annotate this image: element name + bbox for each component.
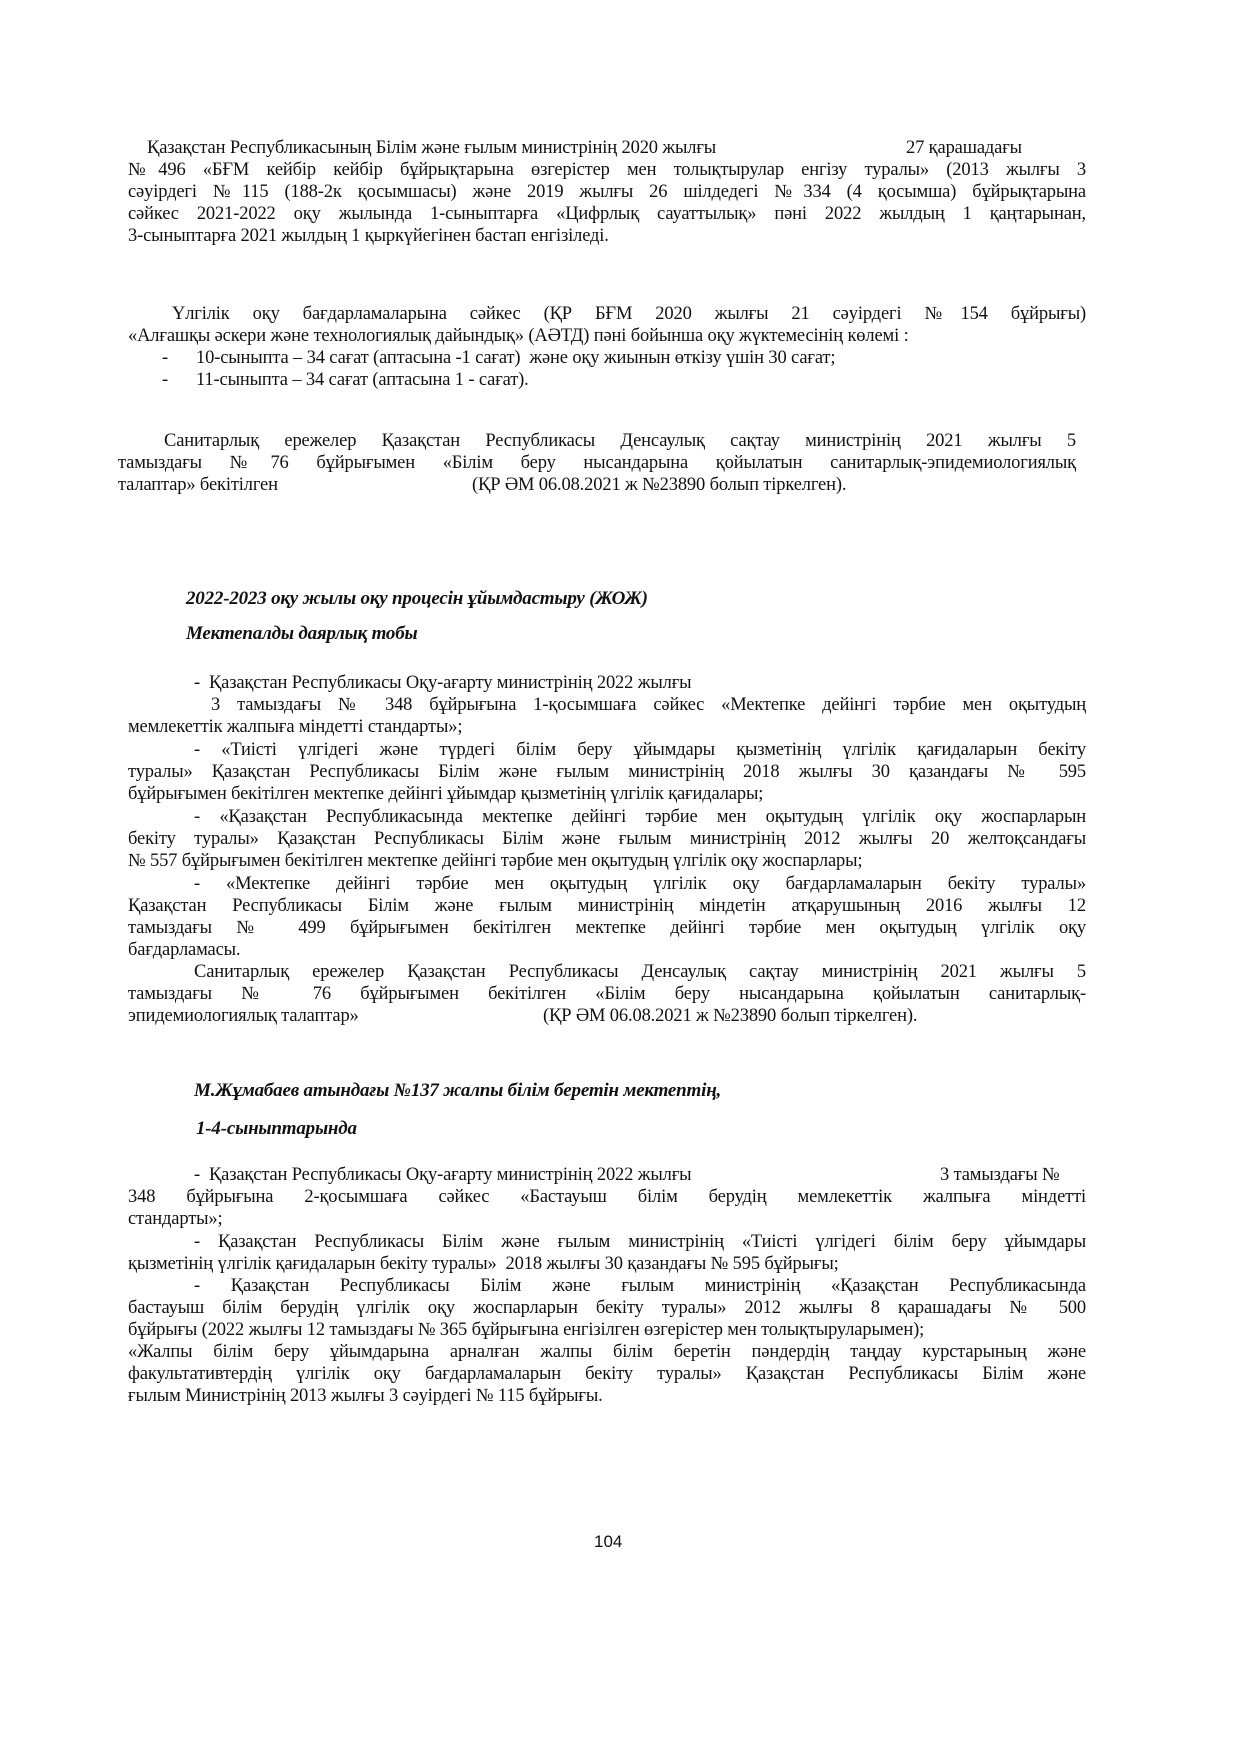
- text-line: Қазақстан Республикасының Білім және ғыл…: [147, 137, 716, 159]
- text-line: - «Тиісті үлгідегі және түрдегі білім бе…: [194, 739, 1086, 761]
- text-line: № 557 бұйрығымен бекітілген мектепке дей…: [128, 850, 862, 872]
- text-line: Санитарлық ережелер Қазақстан Республика…: [194, 961, 1086, 983]
- text-line: 3 тамыздағы №: [940, 1164, 1059, 1186]
- list-item-text: 11-сыныпта – 34 сағат (аптасына 1 - саға…: [196, 369, 529, 391]
- text-line: «Алғашқы әскери және технологиялық дайын…: [128, 325, 909, 347]
- text-line: - Қазақстан Республикасы Оқу-ағарту мини…: [194, 672, 691, 694]
- text-line: эпидемиологиялық талаптар»: [128, 1005, 359, 1027]
- preschool-heading: Мектепалды даярлық тобы: [186, 623, 417, 645]
- text-line: тамыздағы № 499 бұйрығымен бекітілген ме…: [128, 917, 1086, 939]
- text-line: сәуірдегі №115 (188-2к қосымшасы) және 2…: [128, 181, 1086, 203]
- text-line: сәйкес 2021-2022 оқу жылында 1-сыныптарғ…: [128, 203, 1086, 225]
- text-line: - Қазақстан Республикасы Білім және ғылы…: [194, 1275, 1086, 1297]
- text-line: - «Мектепке дейінгі тәрбие мен оқытудың …: [194, 873, 1086, 895]
- text-line: №496 «БҒМ кейбір кейбір бұйрықтарына өзг…: [128, 159, 1086, 181]
- text-line: Үлгілік оқу бағдарламаларына сәйкес (ҚР …: [172, 303, 1086, 325]
- text-line: бағдарламасы.: [128, 939, 240, 961]
- text-line: - «Қазақстан Республикасында мектепке де…: [194, 806, 1086, 828]
- text-line: (ҚР ӘМ 06.08.2021 ж №23890 болып тіркелг…: [472, 474, 846, 496]
- text-line: «Жалпы білім беру ұйымдарына арналған жа…: [128, 1341, 1086, 1363]
- text-line: бұйрығы (2022 жылғы 12 тамыздағы № 365 б…: [128, 1319, 924, 1341]
- bullet: -: [162, 347, 168, 369]
- text-line: 27 қарашадағы: [906, 137, 1022, 159]
- text-line: мемлекеттік жалпыға міндетті стандарты»;: [128, 716, 462, 738]
- text-line: бастауыш білім берудің үлгілік оқу жоспа…: [128, 1297, 1086, 1319]
- text-line: факультативтердің үлгілік оқу бағдарлама…: [128, 1363, 1086, 1385]
- text-line: - Қазақстан Республикасы Оқу-ағарту мини…: [194, 1164, 691, 1186]
- text-line: тамыздағы № 76 бұйрығымен бекітілген «Бі…: [128, 983, 1086, 1005]
- text-line: стандарты»;: [128, 1208, 223, 1230]
- text-line: Қазақстан Республикасы Білім және ғылым …: [128, 895, 1086, 917]
- list-item-text: 10-сыныпта – 34 сағат (аптасына -1 сағат…: [196, 347, 835, 369]
- bullet: -: [162, 369, 168, 391]
- grades-heading: 1-4-сыныптарында: [196, 1118, 357, 1140]
- text-line: 3 тамыздағы № 348 бұйрығына 1-қосымшаға …: [211, 694, 1086, 716]
- text-line: талаптар» бекітілген: [118, 474, 278, 496]
- text-line: туралы» Қазақстан Республикасы Білім жән…: [128, 761, 1086, 783]
- text-line: тамыздағы №76 бұйрығымен «Білім беру ныс…: [118, 452, 1076, 474]
- section-heading: 2022-2023 оқу жылы оқу процесін ұйымдаст…: [186, 588, 648, 610]
- text-line: - Қазақстан Республикасы Білім және ғылы…: [194, 1231, 1086, 1253]
- text-line: ғылым Министрінің 2013 жылғы 3 сәуірдегі…: [128, 1385, 603, 1407]
- text-line: бұйрығымен бекітілген мектепке дейінгі ұ…: [128, 783, 763, 805]
- text-line: қызметінің үлгілік қағидаларын бекіту ту…: [128, 1253, 839, 1275]
- text-line: бекіту туралы» Қазақстан Республикасы Бі…: [128, 828, 1086, 850]
- text-line: 3-сыныптарға 2021 жылдың 1 қыркүйегінен …: [128, 225, 609, 247]
- text-line: Санитарлық ережелер Қазақстан Республика…: [164, 430, 1076, 452]
- text-line: (ҚР ӘМ 06.08.2021 ж №23890 болып тіркелг…: [543, 1005, 917, 1027]
- page-number: 104: [594, 1532, 622, 1552]
- text-line: 348 бұйрығына 2-қосымшаға сәйкес «Бастау…: [128, 1186, 1086, 1208]
- school-heading: М.Жұмабаев атындағы №137 жалпы білім бер…: [194, 1080, 721, 1102]
- document-page: Қазақстан Республикасының Білім және ғыл…: [0, 0, 1241, 1754]
